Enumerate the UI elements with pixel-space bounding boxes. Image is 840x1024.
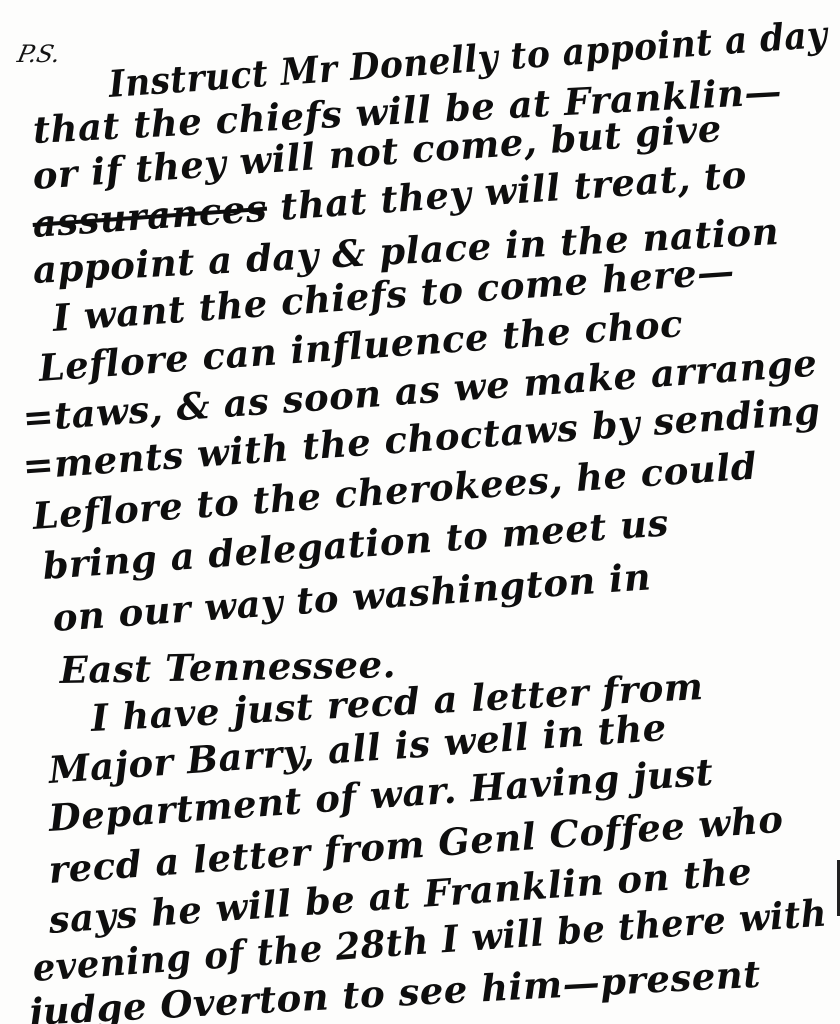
manuscript-page: P.S. Instruct Mr Donelly to appoint a da… bbox=[0, 0, 840, 1024]
postscript-label: P.S. bbox=[15, 40, 63, 68]
